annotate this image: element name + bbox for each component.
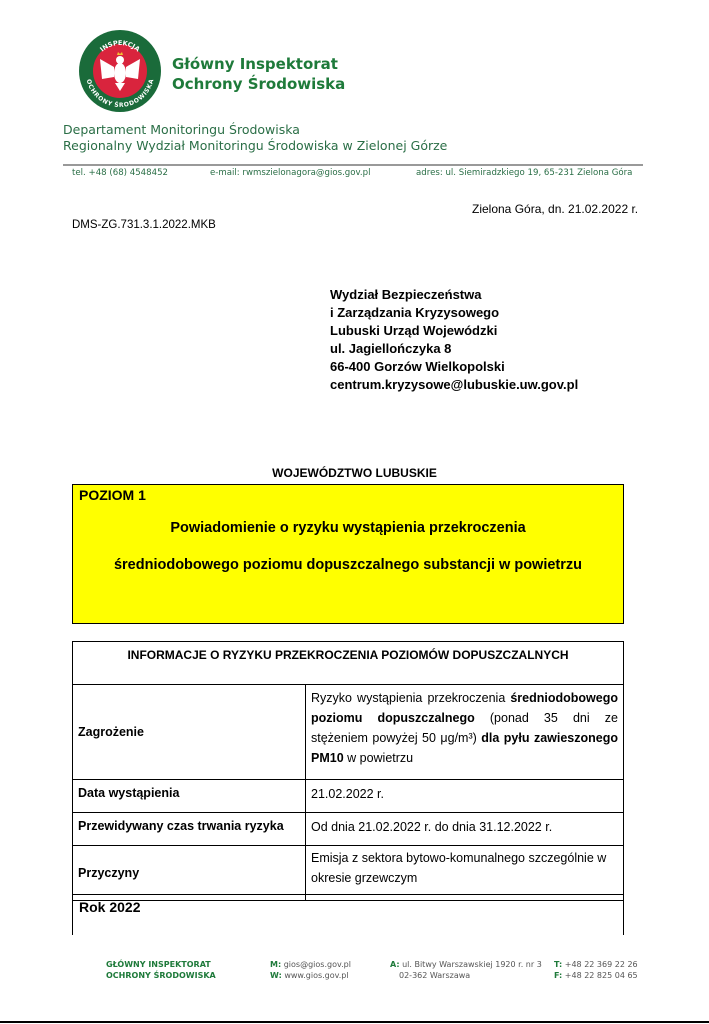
row-label: Przyczyny bbox=[73, 846, 306, 901]
reference-number: DMS-ZG.731.3.1.2022.MKB bbox=[72, 219, 216, 231]
alert-box: POZIOM 1 Powiadomienie o ryzyku wystąpie… bbox=[72, 484, 624, 624]
row-label: Zagrożenie bbox=[73, 685, 306, 780]
office-phone: tel. +48 (68) 4548452 bbox=[72, 168, 168, 178]
row-label: Przewidywany czas trwania ryzyka bbox=[73, 813, 306, 846]
footer-city: 02-362 Warszawa bbox=[390, 970, 542, 981]
footer-website: www.gios.gov.pl bbox=[282, 971, 349, 980]
department-block: Departament Monitoringu Środowiska Regio… bbox=[63, 122, 447, 154]
table-header: INFORMACJE O RYZYKU PRZEKROCZENIA POZIOM… bbox=[73, 642, 624, 685]
row-value-threat: Ryzyko wystąpienia przekroczenia średnio… bbox=[306, 685, 624, 780]
table-row: Data wystąpienia 21.02.2022 r. bbox=[73, 780, 624, 813]
recipient-line: Wydział Bezpieczeństwa bbox=[330, 286, 578, 304]
footer-brand-line-2: OCHRONY ŚRODOWISKA bbox=[106, 970, 216, 981]
footer-brand: GŁÓWNY INSPEKTORAT OCHRONY ŚRODOWISKA bbox=[106, 959, 216, 981]
place-date: Zielona Góra, dn. 21.02.2022 r. bbox=[472, 202, 638, 216]
department-name: Departament Monitoringu Środowiska bbox=[63, 122, 447, 138]
recipient-line: i Zarządzania Kryzysowego bbox=[330, 304, 578, 322]
brand-line-1: Główny Inspektorat bbox=[172, 54, 345, 74]
recipient-address: Wydział Bezpieczeństwa i Zarządzania Kry… bbox=[330, 286, 578, 394]
footer-phones: T: +48 22 369 22 26 F: +48 22 825 04 65 bbox=[554, 959, 638, 981]
table-row: Przyczyny Emisja z sektora bytowo-komuna… bbox=[73, 846, 624, 901]
recipient-line: 66-400 Gorzów Wielkopolski bbox=[330, 358, 578, 376]
alert-level: POZIOM 1 bbox=[79, 487, 146, 503]
year-heading: Rok 2022 bbox=[79, 899, 140, 915]
alert-title-line-1: Powiadomienie o ryzyku wystąpienia przek… bbox=[73, 520, 623, 536]
row-label: Data wystąpienia bbox=[73, 780, 306, 813]
table-row: Zagrożenie Ryzyko wystąpienia przekrocze… bbox=[73, 685, 624, 780]
row-value: Od dnia 21.02.2022 r. do dnia 31.12.2022… bbox=[306, 813, 624, 846]
year-section: Rok 2022 bbox=[72, 894, 624, 935]
footer-address: A: ul. Bitwy Warszawskiej 1920 r. nr 3 0… bbox=[390, 959, 542, 981]
gios-logo: INSPEKCJA OCHRONY ŚRODOWISKA bbox=[78, 29, 162, 113]
office-email: e-mail: rwmszielonagora@gios.gov.pl bbox=[210, 168, 371, 178]
office-address: adres: ul. Siemiradzkiego 19, 65-231 Zie… bbox=[416, 168, 632, 178]
table-row: Przewidywany czas trwania ryzyka Od dnia… bbox=[73, 813, 624, 846]
web-label: W: bbox=[270, 971, 282, 980]
eagle-emblem-icon: INSPEKCJA OCHRONY ŚRODOWISKA bbox=[78, 29, 162, 113]
row-value: Emisja z sektora bytowo-komunalnego szcz… bbox=[306, 846, 624, 901]
fax-label: F: bbox=[554, 971, 562, 980]
alert-title-line-2: średniodobowego poziomu dopuszczalnego s… bbox=[73, 557, 623, 573]
table-header-row: INFORMACJE O RYZYKU PRZEKROCZENIA POZIOM… bbox=[73, 642, 624, 685]
page-bottom-border bbox=[0, 1021, 709, 1023]
brand-line-2: Ochrony Środowiska bbox=[172, 74, 345, 94]
recipient-line: Lubuski Urząd Wojewódzki bbox=[330, 322, 578, 340]
value-part: w powietrzu bbox=[344, 751, 413, 765]
brand-name: Główny Inspektorat Ochrony Środowiska bbox=[172, 54, 345, 94]
mail-label: M: bbox=[270, 960, 281, 969]
recipient-line: ul. Jagiellończyka 8 bbox=[330, 340, 578, 358]
risk-info-table: INFORMACJE O RYZYKU PRZEKROCZENIA POZIOM… bbox=[72, 641, 624, 901]
footer-brand-line-1: GŁÓWNY INSPEKTORAT bbox=[106, 959, 216, 970]
phone-label: T: bbox=[554, 960, 562, 969]
address-label: A: bbox=[390, 960, 400, 969]
voivodeship-heading: WOJEWÓDZTWO LUBUSKIE bbox=[0, 466, 709, 480]
footer-web-contact: M: gios@gios.gov.pl W: www.gios.gov.pl bbox=[270, 959, 351, 981]
footer-phone: +48 22 369 22 26 bbox=[562, 960, 637, 969]
recipient-email: centrum.kryzysowe@lubuskie.uw.gov.pl bbox=[330, 376, 578, 394]
regional-office-name: Regionalny Wydział Monitoringu Środowisk… bbox=[63, 138, 447, 154]
row-value: 21.02.2022 r. bbox=[306, 780, 624, 813]
footer-fax: +48 22 825 04 65 bbox=[562, 971, 637, 980]
footer-email: gios@gios.gov.pl bbox=[281, 960, 351, 969]
header-divider bbox=[63, 164, 643, 166]
footer-street: ul. Bitwy Warszawskiej 1920 r. nr 3 bbox=[400, 960, 542, 969]
value-part: Ryzyko wystąpienia przekroczenia bbox=[311, 691, 510, 705]
